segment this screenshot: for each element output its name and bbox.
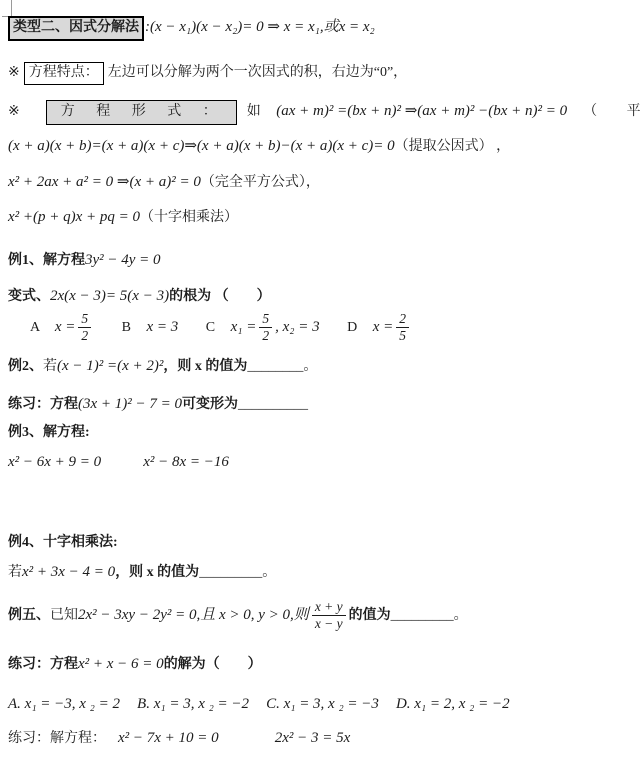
example4-blank: _________。 (199, 565, 276, 580)
practice2-options-line: A. x₁ = −3, x ₂ = 2B. x₁ = 3, x ₂ = −2C.… (8, 694, 527, 715)
example4-lead: 若 (8, 565, 22, 580)
fraction-numerator: x + y (312, 600, 346, 616)
example4-label-line: 例4、十字相乘法: (8, 534, 118, 553)
heading-line: 类型二、因式分解法:(x − x₁)(x − x₂)= 0 ⇒ x = x₁,或… (8, 16, 375, 41)
practice1-formula: (3x + 1)² − 7 = 0 (78, 396, 182, 412)
example3-label-line: 例3、解方程: (8, 424, 90, 443)
feature-box: 方程特点： (24, 62, 104, 85)
feature-line: ※方程特点：左边可以分解为两个一次因式的积，右边为“0”， (8, 62, 407, 85)
example2-line: 例2、若(x − 1)² =(x + 2)²，则 x 的值为________。 (8, 356, 317, 377)
example1-formula: 3y² − 4y = 0 (85, 252, 161, 268)
fraction-denominator: 2 (78, 328, 91, 343)
variant-label: 变式、 (8, 289, 50, 304)
heading-formula: :(x − x₁)(x − x₂)= 0 ⇒ x = x₁,或x = x₂ (145, 19, 375, 35)
option-a-fraction: 52 (78, 312, 91, 343)
example4-line: 若x² + 3x − 4 = 0，则 x 的值为_________。 (8, 562, 276, 583)
option-d: D x =25 (347, 312, 412, 343)
form-tail: （ 平 方 差 (583, 104, 642, 119)
practice2-option-d: D. x₁ = 2, x ₂ = −2 (396, 694, 510, 714)
variant-suffix: 的根为 （ ） (169, 289, 271, 304)
form-formula-4: x² +(p + q)x + pq = 0 (8, 209, 140, 225)
reference-marker: ※ (8, 104, 20, 119)
option-b: B x = 3 (122, 317, 179, 338)
form-box: 方 程 形 式 ： (46, 100, 237, 125)
option-c-pre: x₁ = (231, 319, 257, 335)
variant-formula: 2x(x − 3)= 5(x − 3) (50, 288, 169, 304)
option-a-label: A (30, 320, 39, 335)
fraction-denominator: 5 (396, 328, 409, 343)
example2-label: 例2、 (8, 359, 43, 374)
practice3-eq1: x² − 7x + 10 = 0 (118, 730, 219, 746)
example1-label: 例1、解方程 (8, 253, 85, 268)
example5-label: 例五、 (8, 608, 50, 623)
practice1-suffix: 可变形为 (182, 397, 238, 412)
option-a-pre: x = (55, 319, 76, 335)
example5-line: 例五、已知2x² − 3xy − 2y² = 0,且 x > 0, y > 0,… (8, 600, 468, 631)
form-note-2: （提取公因式） ， (395, 139, 511, 154)
form-formula: (ax + m)² =(bx + n)² ⇒(ax + m)² −(bx + n… (276, 103, 567, 119)
example5-fraction: x + yx − y (312, 600, 346, 631)
fraction-denominator: x − y (312, 616, 346, 631)
form-note-4: （十字相乘法） (140, 210, 238, 225)
option-c-label: C (206, 320, 215, 335)
example2-lead: 若 (43, 359, 57, 374)
example1-line: 例1、解方程3y² − 4y = 0 (8, 250, 161, 271)
fraction-numerator: 5 (78, 312, 91, 328)
example5-blank: _________。 (391, 608, 468, 623)
example2-formula: (x − 1)² =(x + 2)² (57, 358, 163, 374)
fraction-numerator: 2 (396, 312, 409, 328)
text-boundary-corner-mark (2, 0, 12, 17)
feature-text: 左边可以分解为两个一次因式的积，右边为“0”， (108, 65, 407, 80)
practice2-suffix: 的解为（ ） (164, 657, 262, 672)
practice2-option-c: C. x₁ = 3, x ₂ = −3 (266, 694, 379, 714)
practice2-option-a: A. x₁ = −3, x ₂ = 2 (8, 694, 120, 714)
document-page: 类型二、因式分解法:(x − x₁)(x − x₂)= 0 ⇒ x = x₁,或… (0, 0, 642, 765)
example4-suffix: ，则 x 的值为 (115, 565, 199, 580)
practice3-eq2: 2x² − 3 = 5x (275, 730, 351, 746)
practice3-line: 练习：解方程：x² − 7x + 10 = 02x² − 3 = 5x (8, 728, 350, 749)
example5-formula: 2x² − 3xy − 2y² = 0,且 x > 0, y > 0,则 (78, 607, 309, 623)
practice1-blank: __________ (238, 397, 308, 412)
option-d-fraction: 25 (396, 312, 409, 343)
example5-suffix: 的值为 (349, 608, 391, 623)
form-line-2: (x + a)(x + b)=(x + a)(x + c)⇒(x + a)(x … (8, 136, 510, 157)
example3-label: 例3、解方程: (8, 425, 90, 440)
variant-options-line: A x =52 B x = 3 C x₁ =52, x₂ = 3 D x =25 (30, 312, 436, 343)
fraction-numerator: 5 (259, 312, 272, 328)
option-c-post: , x₂ = 3 (275, 319, 320, 335)
form-line-4: x² +(p + q)x + pq = 0（十字相乘法） (8, 207, 238, 228)
form-line: ※方 程 形 式 ：如 (ax + m)² =(bx + n)² ⇒(ax + … (8, 100, 642, 125)
practice1-lead: 方程 (50, 397, 78, 412)
option-b-label: B (122, 320, 131, 335)
practice2-lead: 方程 (50, 657, 78, 672)
practice2-label: 练习： (8, 657, 50, 672)
heading-box: 类型二、因式分解法 (8, 16, 144, 41)
option-a: A x =52 (30, 312, 94, 343)
form-note-3: （完全平方公式）， (201, 175, 320, 190)
option-b-text: x = 3 (146, 319, 178, 335)
example4-label: 例4、十字相乘法: (8, 535, 118, 550)
example2-suffix: ，则 x 的值为 (163, 359, 247, 374)
option-c: C x₁ =52, x₂ = 3 (206, 312, 320, 343)
example3-eq2: x² − 8x = −16 (143, 454, 229, 470)
practice3-label: 练习：解方程： (8, 731, 106, 746)
form-lead: 如 (247, 104, 261, 119)
variant-line: 变式、2x(x − 3)= 5(x − 3)的根为 （ ） (8, 286, 271, 307)
example3-eq1: x² − 6x + 9 = 0 (8, 454, 101, 470)
form-formula-3: x² + 2ax + a² = 0 ⇒(x + a)² = 0 (8, 174, 201, 190)
practice1-line: 练习：方程(3x + 1)² − 7 = 0可变形为__________ (8, 394, 308, 415)
example3-equations-line: x² − 6x + 9 = 0x² − 8x = −16 (8, 452, 229, 473)
form-line-3: x² + 2ax + a² = 0 ⇒(x + a)² = 0（完全平方公式）， (8, 172, 320, 193)
practice2-formula: x² + x − 6 = 0 (78, 656, 164, 672)
practice2-line: 练习：方程x² + x − 6 = 0的解为（ ） (8, 654, 262, 675)
practice2-option-b: B. x₁ = 3, x ₂ = −2 (137, 694, 249, 714)
example4-formula: x² + 3x − 4 = 0 (22, 564, 115, 580)
option-d-pre: x = (373, 319, 394, 335)
reference-marker: ※ (8, 65, 20, 80)
fraction-denominator: 2 (259, 328, 272, 343)
option-c-fraction: 52 (259, 312, 272, 343)
example5-lead: 已知 (50, 608, 78, 623)
option-d-label: D (347, 320, 357, 335)
example2-blank: ________。 (247, 359, 317, 374)
practice1-label: 练习： (8, 397, 50, 412)
form-formula-2: (x + a)(x + b)=(x + a)(x + c)⇒(x + a)(x … (8, 138, 395, 154)
